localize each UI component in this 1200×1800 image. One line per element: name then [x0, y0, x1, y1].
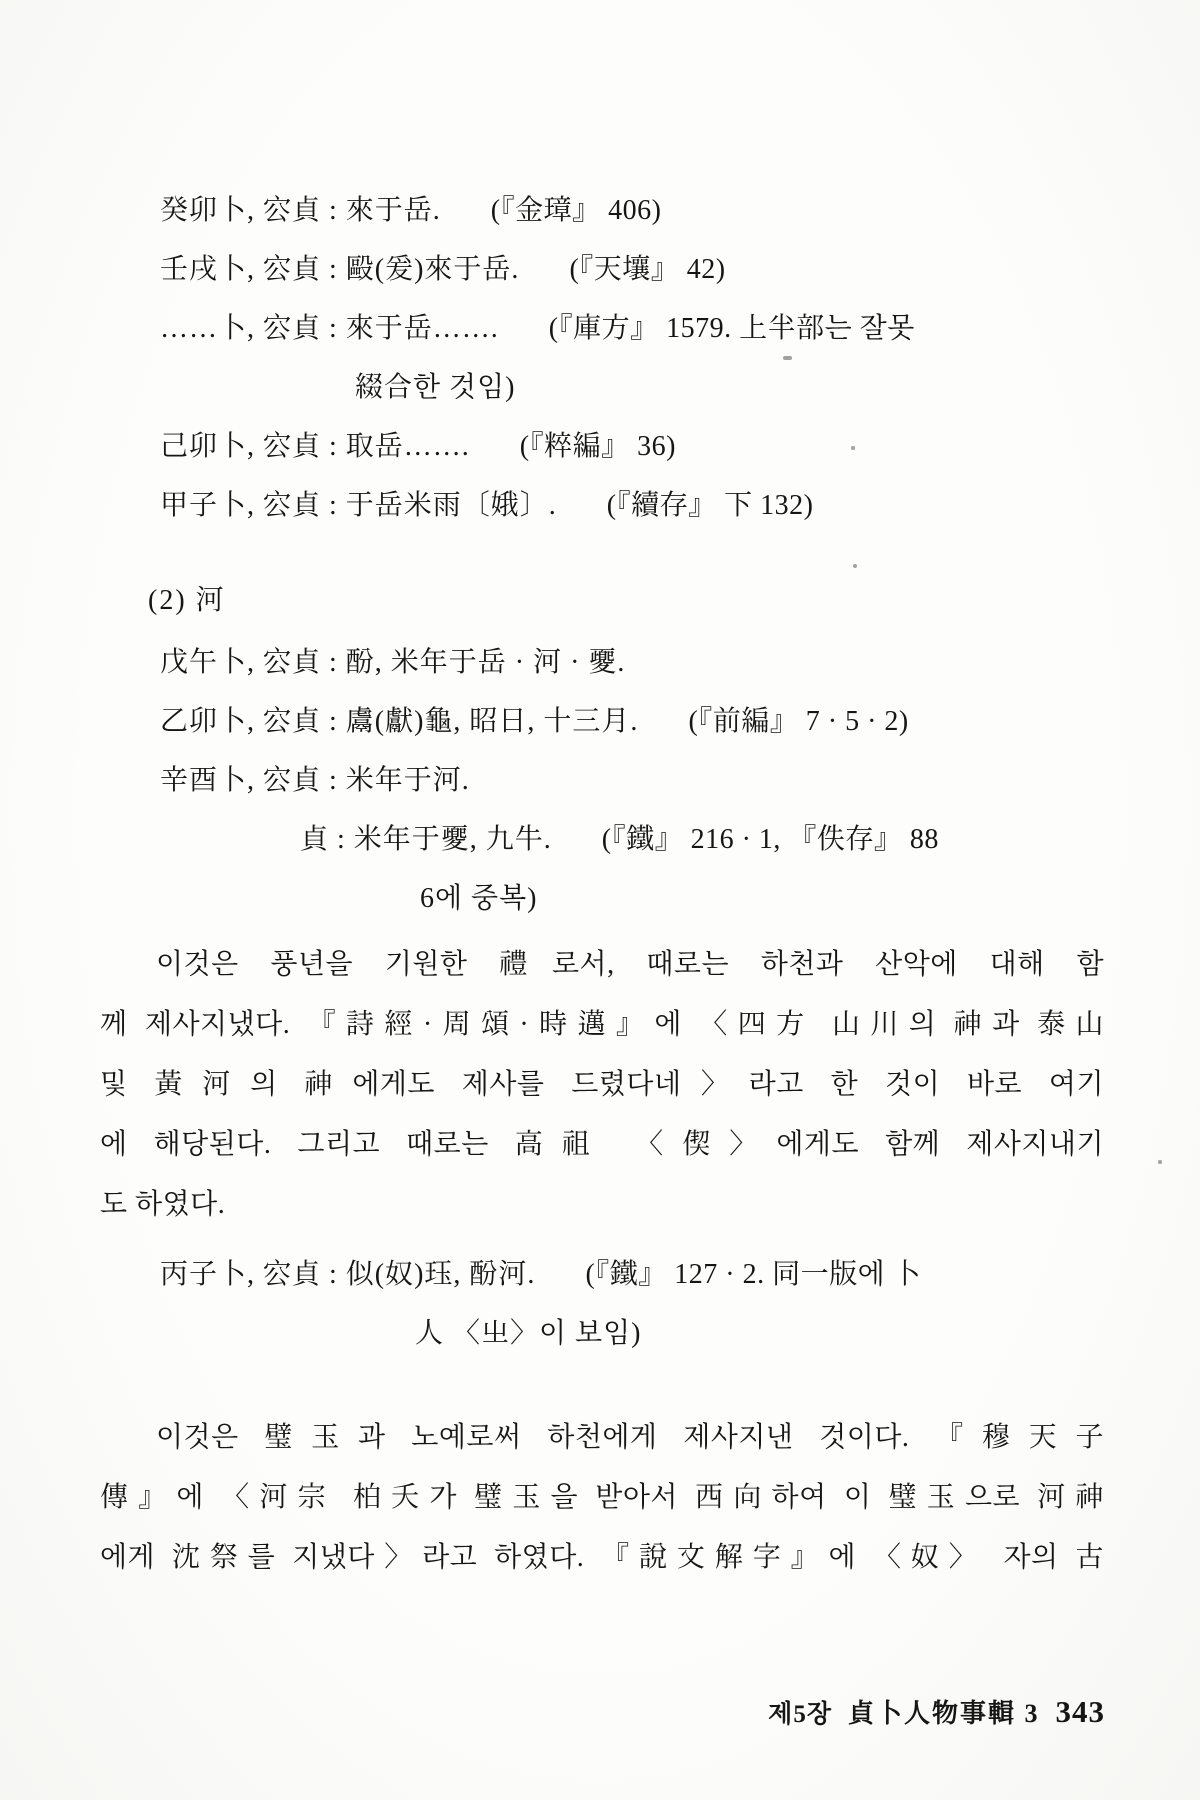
inscription-line: 癸卯卜, 㝐貞 : 來于岳. (『金璋』 406) [160, 178, 1140, 237]
paragraph-line: 에게 沈祭를 지냈다〉라고 하였다. 『說文解字』에 〈奴〉 자의 古 [100, 1528, 1104, 1588]
inscription-text: 己卯卜, 㝐貞 : 取岳……. [160, 424, 470, 464]
scan-artifact [1158, 1160, 1162, 1164]
inscription-text: 綴合한 것임) [355, 365, 515, 405]
inscription-block-3: 丙子卜, 㝐貞 : 似(奴)珏, 酚河. (『鐵』 127 · 2. 同一版에 … [160, 1242, 1140, 1360]
inscription-text: 人 〈㞢〉이 보임) [415, 1311, 641, 1351]
citation-ref: (『前編』 7 · 5 · 2) [688, 699, 908, 739]
inscription-text: 辛酉卜, 㝐貞 : 米年于河. [160, 758, 470, 798]
paragraph-line: 및 黃河의 神에게도 제사를 드렸다네〉라고 한 것이 바로 여기 [100, 1055, 1104, 1115]
inscription-line-continuation: 人 〈㞢〉이 보임) [160, 1301, 1140, 1360]
paragraph-line: 께 제사지냈다. 『詩經·周頌·時邁』에 〈四方 山川의 神과 泰山 [100, 995, 1104, 1055]
scan-artifact [851, 446, 855, 450]
inscription-line: ……卜, 㝐貞 : 來于岳……. (『庫方』 1579. 上半部는 잘못 [160, 296, 1140, 355]
paragraph-line: 이것은 璧玉과 노예로써 하천에게 제사지낸 것이다. 『穆天子 [100, 1408, 1104, 1468]
citation-ref: (『金璋』 406) [491, 188, 662, 228]
inscription-text: 貞 : 米年于夒, 九牛. [300, 817, 552, 857]
scan-artifact [853, 564, 857, 568]
inscription-line: 辛酉卜, 㝐貞 : 米年于河. [160, 748, 1140, 807]
citation-ref: (『天壤』 42) [569, 247, 725, 287]
inscription-line: 己卯卜, 㝐貞 : 取岳……. (『粹編』 36) [160, 414, 1140, 473]
page-footer: 제5장 貞卜人物事輯 3 343 [768, 1693, 1105, 1730]
chapter-title: 貞卜人物事輯 3 [848, 1693, 1040, 1730]
paragraph-line: 傳』에 〈河宗 柏夭가 璧玉을 받아서 西向하여 이 璧玉으로 河神 [100, 1468, 1104, 1528]
commentary-paragraph-1: 이것은 풍년을 기원한 禮로서, 때로는 하천과 산악에 대해 함 께 제사지냈… [100, 935, 1104, 1235]
inscription-text: 甲子卜, 㝐貞 : 于岳米雨〔娥〕. [160, 483, 557, 523]
commentary-paragraph-2: 이것은 璧玉과 노예로써 하천에게 제사지낸 것이다. 『穆天子 傳』에 〈河宗… [100, 1408, 1104, 1588]
paragraph-line: 에 해당된다. 그리고 때로는 高祖 〈偰〉에게도 함께 제사지내기 [100, 1115, 1104, 1175]
citation-ref: (『鐵』 127 · 2. 同一版에 卜 [585, 1252, 921, 1292]
page-number: 343 [1056, 1694, 1106, 1730]
scan-artifact [783, 356, 792, 360]
citation-ref: (『庫方』 1579. 上半部는 잘못 [549, 306, 915, 346]
citation-ref: (『鐵』 216 · 1, 『佚存』 88 [602, 817, 939, 857]
inscription-text: 丙子卜, 㝐貞 : 似(奴)珏, 酚河. [160, 1252, 535, 1292]
paragraph-line: 도 하였다. [100, 1175, 1104, 1235]
inscription-line: 丙子卜, 㝐貞 : 似(奴)珏, 酚河. (『鐵』 127 · 2. 同一版에 … [160, 1242, 1140, 1301]
inscription-block-2: 戊午卜, 㝐貞 : 酚, 米年于岳 · 河 · 夒. 乙卯卜, 㝐貞 : 鬳(獻… [160, 630, 1140, 925]
inscription-line: 戊午卜, 㝐貞 : 酚, 米年于岳 · 河 · 夒. [160, 630, 1140, 689]
inscription-text: 戊午卜, 㝐貞 : 酚, 米年于岳 · 河 · 夒. [160, 640, 625, 680]
inscription-text: 壬戌卜, 㝐貞 : 毆(爰)來于岳. [160, 247, 519, 287]
inscription-line-continuation: 貞 : 米年于夒, 九牛. (『鐵』 216 · 1, 『佚存』 88 [160, 807, 1140, 866]
inscription-line: 壬戌卜, 㝐貞 : 毆(爰)來于岳. (『天壤』 42) [160, 237, 1140, 296]
inscription-line: 乙卯卜, 㝐貞 : 鬳(獻)龜, 昭日, 十三月. (『前編』 7 · 5 · … [160, 689, 1140, 748]
book-page-scan: 癸卯卜, 㝐貞 : 來于岳. (『金璋』 406) 壬戌卜, 㝐貞 : 毆(爰)… [0, 0, 1200, 1800]
paragraph-line: 이것은 풍년을 기원한 禮로서, 때로는 하천과 산악에 대해 함 [100, 935, 1104, 995]
inscription-text: ……卜, 㝐貞 : 來于岳……. [160, 306, 499, 346]
citation-ref: (『續存』 下 132) [607, 483, 814, 523]
inscription-line: 甲子卜, 㝐貞 : 于岳米雨〔娥〕. (『續存』 下 132) [160, 473, 1140, 532]
inscription-text: 6에 중복) [420, 876, 537, 916]
chapter-label: 제5장 [768, 1694, 832, 1730]
inscription-line-continuation: 綴合한 것임) [160, 355, 1140, 414]
section-heading-river: (2) 河 [148, 578, 226, 618]
inscription-text: 乙卯卜, 㝐貞 : 鬳(獻)龜, 昭日, 十三月. [160, 699, 638, 739]
inscription-text: 癸卯卜, 㝐貞 : 來于岳. [160, 188, 441, 228]
citation-ref: (『粹編』 36) [520, 424, 676, 464]
inscription-block-1: 癸卯卜, 㝐貞 : 來于岳. (『金璋』 406) 壬戌卜, 㝐貞 : 毆(爰)… [160, 178, 1140, 532]
inscription-line-continuation: 6에 중복) [160, 866, 1140, 925]
